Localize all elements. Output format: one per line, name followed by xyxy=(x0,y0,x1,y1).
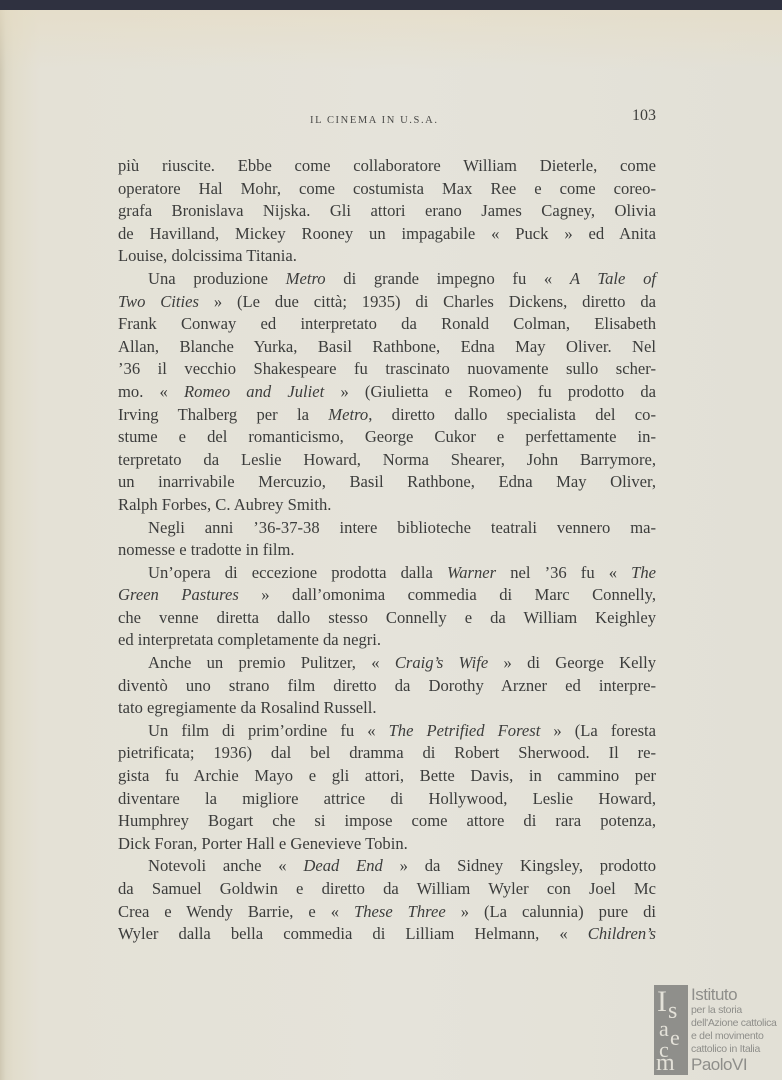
text-line: grafa Bronislava Nijska. Gli attori eran… xyxy=(118,200,656,223)
text-line: Negli anni ’36-37-38 intere biblioteche … xyxy=(118,517,656,540)
running-head: IL CINEMA IN U.S.A. 103 xyxy=(120,107,660,129)
text-run: da Samuel Goldwin e diretto da William W… xyxy=(118,879,656,898)
text-run: stume e del romanticismo, George Cukor e… xyxy=(118,427,656,446)
text-run: grafa Bronislava Nijska. Gli attori eran… xyxy=(118,201,656,220)
text-run: che venne diretta dallo stesso Connelly … xyxy=(118,608,656,627)
italic-title: Children’s xyxy=(588,924,656,943)
text-line: Notevoli anche « Dead End » da Sidney Ki… xyxy=(118,855,656,878)
text-line: Humphrey Bogart che si impose come attor… xyxy=(118,810,656,833)
text-run: terpretato da Leslie Howard, Norma Shear… xyxy=(118,450,656,469)
text-line: che venne diretta dallo stesso Connelly … xyxy=(118,607,656,630)
text-line: Una produzione Metro di grande impegno f… xyxy=(118,268,656,291)
text-run: » (Giulietta e Romeo) fu prodotto da xyxy=(324,382,656,401)
running-title: IL CINEMA IN U.S.A. xyxy=(310,115,439,126)
text-run: Louise, dolcissima Titania. xyxy=(118,246,297,265)
text-line: operatore Hal Mohr, come costumista Max … xyxy=(118,178,656,201)
text-run: » da Sidney Kingsley, prodotto xyxy=(383,856,656,875)
text-run: più riuscite. Ebbe come collaboratore Wi… xyxy=(118,156,656,175)
italic-title: Craig’s Wife xyxy=(395,653,488,672)
text-line: diventò uno strano film diretto da Dorot… xyxy=(118,675,656,698)
text-line: più riuscite. Ebbe come collaboratore Wi… xyxy=(118,155,656,178)
italic-title: Green Pastures xyxy=(118,585,239,604)
italic-title: Warner xyxy=(447,563,496,582)
italic-title: The Petrified Forest xyxy=(389,721,541,740)
text-run: tato egregiamente da Rosalind Russell. xyxy=(118,698,377,717)
text-run: pietrificata; 1936) dal bel dramma di Ro… xyxy=(118,743,656,762)
italic-title: The xyxy=(631,563,656,582)
watermark-logo: I s a e c m Istituto per la storia dell'… xyxy=(654,985,782,1080)
text-line: gista fu Archie Mayo e gli attori, Bette… xyxy=(118,765,656,788)
text-line: un inarrivabile Mercuzio, Basil Rathbone… xyxy=(118,471,656,494)
logo-letter: m xyxy=(656,1051,675,1075)
text-run: nel ’36 fu « xyxy=(496,563,631,582)
body-text: più riuscite. Ebbe come collaboratore Wi… xyxy=(118,155,656,946)
text-line: nomesse e tradotte in film. xyxy=(118,539,656,562)
text-line: da Samuel Goldwin e diretto da William W… xyxy=(118,878,656,901)
logo-line: e del movimento xyxy=(691,1030,777,1043)
text-line: Anche un premio Pulitzer, « Craig’s Wife… xyxy=(118,652,656,675)
page-number: 103 xyxy=(632,107,656,125)
text-line: Green Pastures » dall’omonima commedia d… xyxy=(118,584,656,607)
italic-title: Dead End xyxy=(303,856,382,875)
text-run: gista fu Archie Mayo e gli attori, Bette… xyxy=(118,766,656,785)
text-line: mo. « Romeo and Juliet » (Giulietta e Ro… xyxy=(118,381,656,404)
text-run: ’36 il vecchio Shakespeare fu trascinato… xyxy=(118,359,656,378)
text-line: Allan, Blanche Yurka, Basil Rathbone, Ed… xyxy=(118,336,656,359)
text-line: Louise, dolcissima Titania. xyxy=(118,245,656,268)
text-line: Un’opera di eccezione prodotta dalla War… xyxy=(118,562,656,585)
text-run: un inarrivabile Mercuzio, Basil Rathbone… xyxy=(118,472,656,491)
text-run: » (Le due città; 1935) di Charles Dicken… xyxy=(199,292,656,311)
italic-title: These Three xyxy=(354,902,446,921)
book-page: IL CINEMA IN U.S.A. 103 più riuscite. Eb… xyxy=(0,10,782,1080)
text-run: Una produzione xyxy=(148,269,286,288)
text-line: Frank Conway ed interpretato da Ronald C… xyxy=(118,313,656,336)
text-run: diventare la migliore attrice di Hollywo… xyxy=(118,789,656,808)
text-run: mo. « xyxy=(118,382,184,401)
text-run: Un film di prim’ordine fu « xyxy=(148,721,389,740)
italic-title: Two Cities xyxy=(118,292,199,311)
text-run: Dick Foran, Porter Hall e Genevieve Tobi… xyxy=(118,834,408,853)
text-run: Notevoli anche « xyxy=(148,856,303,875)
logo-line: dell'Azione cattolica xyxy=(691,1017,777,1030)
text-run: » (La foresta xyxy=(540,721,656,740)
text-line: pietrificata; 1936) dal bel dramma di Ro… xyxy=(118,742,656,765)
text-line: de Havilland, Mickey Rooney un impagabil… xyxy=(118,223,656,246)
text-line: terpretato da Leslie Howard, Norma Shear… xyxy=(118,449,656,472)
logo-text: Istituto per la storia dell'Azione catto… xyxy=(691,985,777,1074)
text-line: Dick Foran, Porter Hall e Genevieve Tobi… xyxy=(118,833,656,856)
logo-letter: s xyxy=(668,999,677,1023)
text-line: Un film di prim’ordine fu « The Petrifie… xyxy=(118,720,656,743)
text-run: Humphrey Bogart che si impose come attor… xyxy=(118,811,656,830)
text-run: Allan, Blanche Yurka, Basil Rathbone, Ed… xyxy=(118,337,656,356)
text-run: operatore Hal Mohr, come costumista Max … xyxy=(118,179,656,198)
text-run: Anche un premio Pulitzer, « xyxy=(148,653,395,672)
text-line: Irving Thalberg per la Metro, diretto da… xyxy=(118,404,656,427)
text-run: Wyler dalla bella commedia di Lilliam He… xyxy=(118,924,588,943)
text-line: ’36 il vecchio Shakespeare fu trascinato… xyxy=(118,358,656,381)
text-run: de Havilland, Mickey Rooney un impagabil… xyxy=(118,224,656,243)
text-run: » (La calunnia) pure di xyxy=(446,902,656,921)
text-line: stume e del romanticismo, George Cukor e… xyxy=(118,426,656,449)
text-run: nomesse e tradotte in film. xyxy=(118,540,295,559)
text-run: Frank Conway ed interpretato da Ronald C… xyxy=(118,314,656,333)
text-line: Wyler dalla bella commedia di Lilliam He… xyxy=(118,923,656,946)
italic-title: A Tale of xyxy=(570,269,656,288)
text-line: Crea e Wendy Barrie, e « These Three » (… xyxy=(118,901,656,924)
text-line: tato egregiamente da Rosalind Russell. xyxy=(118,697,656,720)
italic-title: Romeo and Juliet xyxy=(184,382,324,401)
text-run: diventò uno strano film diretto da Dorot… xyxy=(118,676,656,695)
logo-letter: I xyxy=(657,987,667,1017)
text-line: Two Cities » (Le due città; 1935) di Cha… xyxy=(118,291,656,314)
logo-monogram: I s a e c m xyxy=(654,985,688,1075)
logo-line: per la storia xyxy=(691,1004,777,1017)
text-line: Ralph Forbes, C. Aubrey Smith. xyxy=(118,494,656,517)
logo-title: Istituto xyxy=(691,985,777,1004)
text-run: Irving Thalberg per la xyxy=(118,405,328,424)
text-run: » dall’omonima commedia di Marc Connelly… xyxy=(239,585,656,604)
logo-letter: e xyxy=(670,1027,680,1049)
text-line: diventare la migliore attrice di Hollywo… xyxy=(118,788,656,811)
text-run: , diretto dallo specialista del co- xyxy=(368,405,656,424)
logo-footer: PaoloVI xyxy=(691,1056,777,1074)
text-run: Negli anni ’36-37-38 intere biblioteche … xyxy=(148,518,656,537)
text-run: » di George Kelly xyxy=(488,653,656,672)
text-line: ed interpretata completamente da negri. xyxy=(118,629,656,652)
text-run: Un’opera di eccezione prodotta dalla xyxy=(148,563,447,582)
italic-title: Metro xyxy=(328,405,368,424)
text-run: Ralph Forbes, C. Aubrey Smith. xyxy=(118,495,331,514)
italic-title: Metro xyxy=(286,269,326,288)
text-run: ed interpretata completamente da negri. xyxy=(118,630,381,649)
text-run: di grande impegno fu « xyxy=(326,269,570,288)
text-run: Crea e Wendy Barrie, e « xyxy=(118,902,354,921)
